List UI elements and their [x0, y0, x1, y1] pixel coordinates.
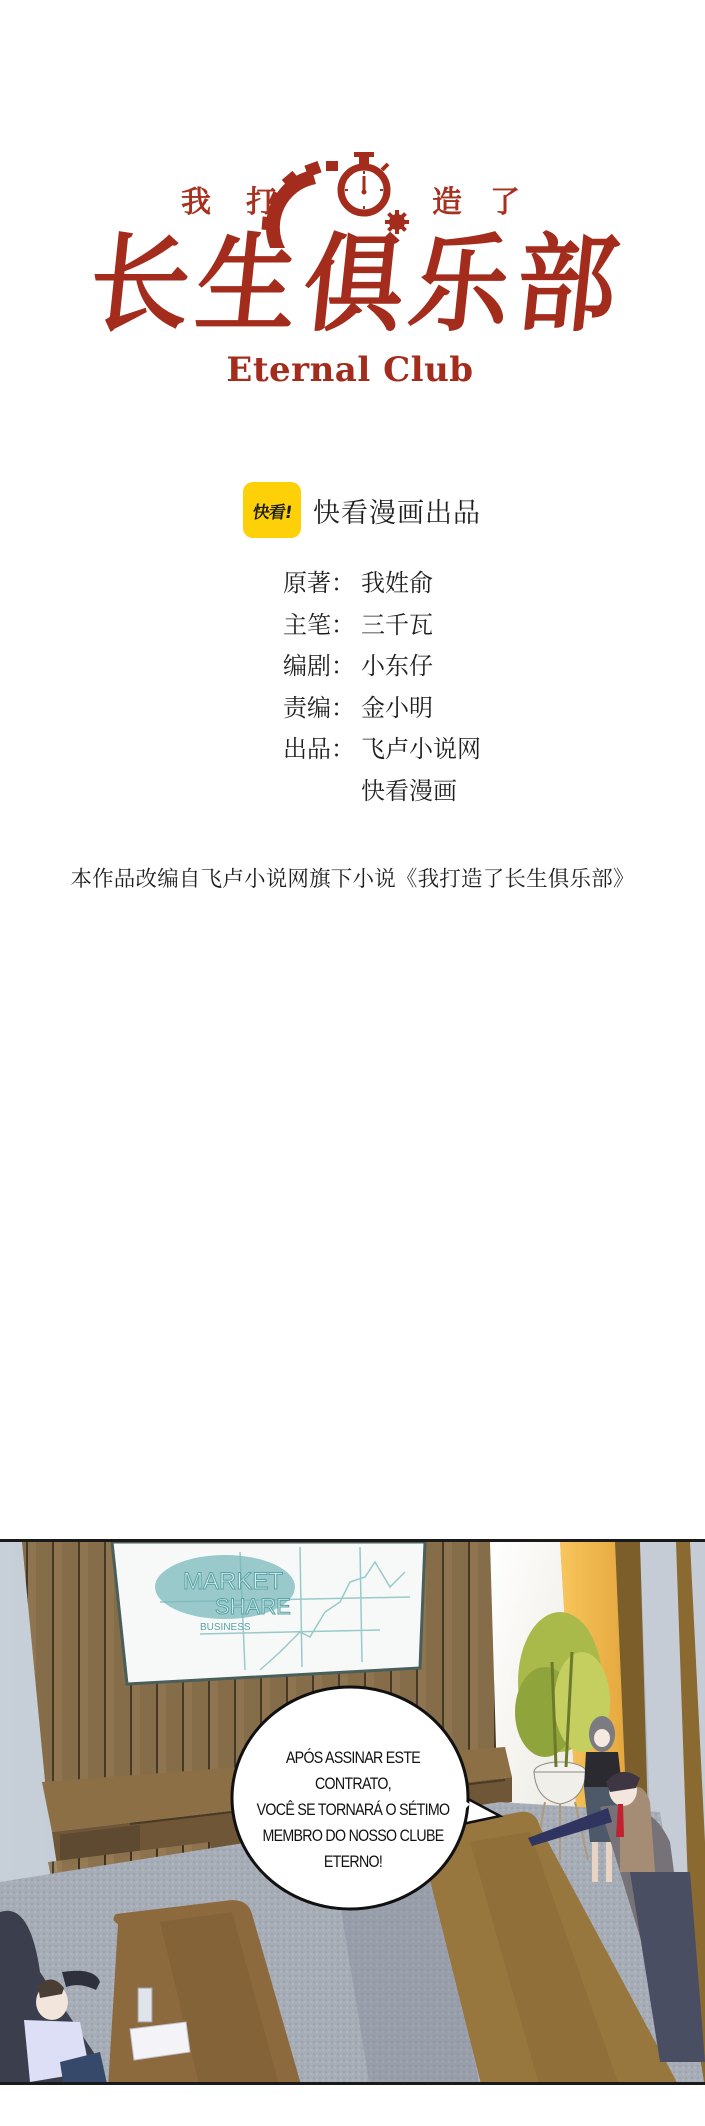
logo-title-english: Eternal Club [80, 350, 620, 390]
credit-label: 原著： [283, 568, 361, 610]
speech-line: MEMBRO DO NOSSO CLUBE [254, 1823, 452, 1849]
logo-title-char: 俱 [297, 222, 408, 347]
adaptation-note: 本作品改编自飞卢小说网旗下小说《我打造了长生俱乐部》 [0, 862, 705, 893]
logo-title-char: 生 [190, 222, 301, 347]
logo-title-char: 长 [83, 222, 194, 347]
speech-line: ETERNO! [254, 1849, 452, 1875]
credit-label: 编剧： [283, 651, 361, 693]
credit-value: 金小明 [361, 693, 433, 735]
logo-title-chinese: 长 生 俱 乐 部 [90, 225, 615, 345]
credit-row-producer-2: 出品： 快看漫画 [283, 776, 481, 818]
publisher-text: 快看漫画出品 [313, 491, 481, 530]
logo-small-char: 造 [432, 188, 462, 218]
logo-title-char: 部 [510, 222, 621, 347]
credit-row-editor: 责编： 金小明 [283, 693, 481, 735]
credit-label: 责编： [283, 693, 361, 735]
logo-small-char: 了 [490, 188, 520, 218]
credit-label: 主笔： [283, 610, 361, 652]
stopwatch-icon [341, 152, 388, 213]
tv-screen: MARKET SHARE BUSINESS [112, 1542, 425, 1684]
credit-value: 飞卢小说网 [361, 734, 481, 776]
publisher-line: 快看! 快看漫画出品 [243, 482, 481, 538]
speech-line: APÓS ASSINAR ESTE CONTRATO, [254, 1745, 452, 1797]
credit-row-writer: 编剧： 小东仔 [283, 651, 481, 693]
credit-row-artist: 主笔： 三千瓦 [283, 610, 481, 652]
credit-row-author: 原著： 我姓俞 [283, 568, 481, 610]
screen-word-market: MARKET [183, 1568, 283, 1595]
credit-row-producer: 出品： 飞卢小说网 [283, 734, 481, 776]
kuaikan-logo-icon: 快看! [243, 482, 301, 538]
credit-value: 三千瓦 [361, 610, 433, 652]
credits-list: 原著： 我姓俞 主笔： 三千瓦 编剧： 小东仔 责编： 金小明 出品： 飞卢小说… [283, 568, 481, 817]
logo-small-char: 我 [181, 188, 211, 218]
series-logo: 我 打 造 了 长 生 俱 乐 部 Eternal Club [80, 130, 620, 400]
credit-value: 快看漫画 [361, 776, 457, 818]
credit-value: 小东仔 [361, 651, 433, 693]
speech-bubble-text: APÓS ASSINAR ESTE CONTRATO, VOCÊ SE TORN… [254, 1745, 452, 1875]
credit-label: 出品： [283, 734, 361, 776]
logo-small-char: 打 [246, 188, 276, 218]
speech-line: VOCÊ SE TORNARÁ O SÉTIMO [254, 1797, 452, 1823]
logo-title-char: 乐 [404, 222, 515, 347]
kuaikan-logo-text: 快看! [251, 498, 293, 523]
screen-word-share: SHARE [215, 1594, 291, 1619]
screen-word-business: BUSINESS [200, 1622, 251, 1633]
credit-value: 我姓俞 [361, 568, 433, 610]
